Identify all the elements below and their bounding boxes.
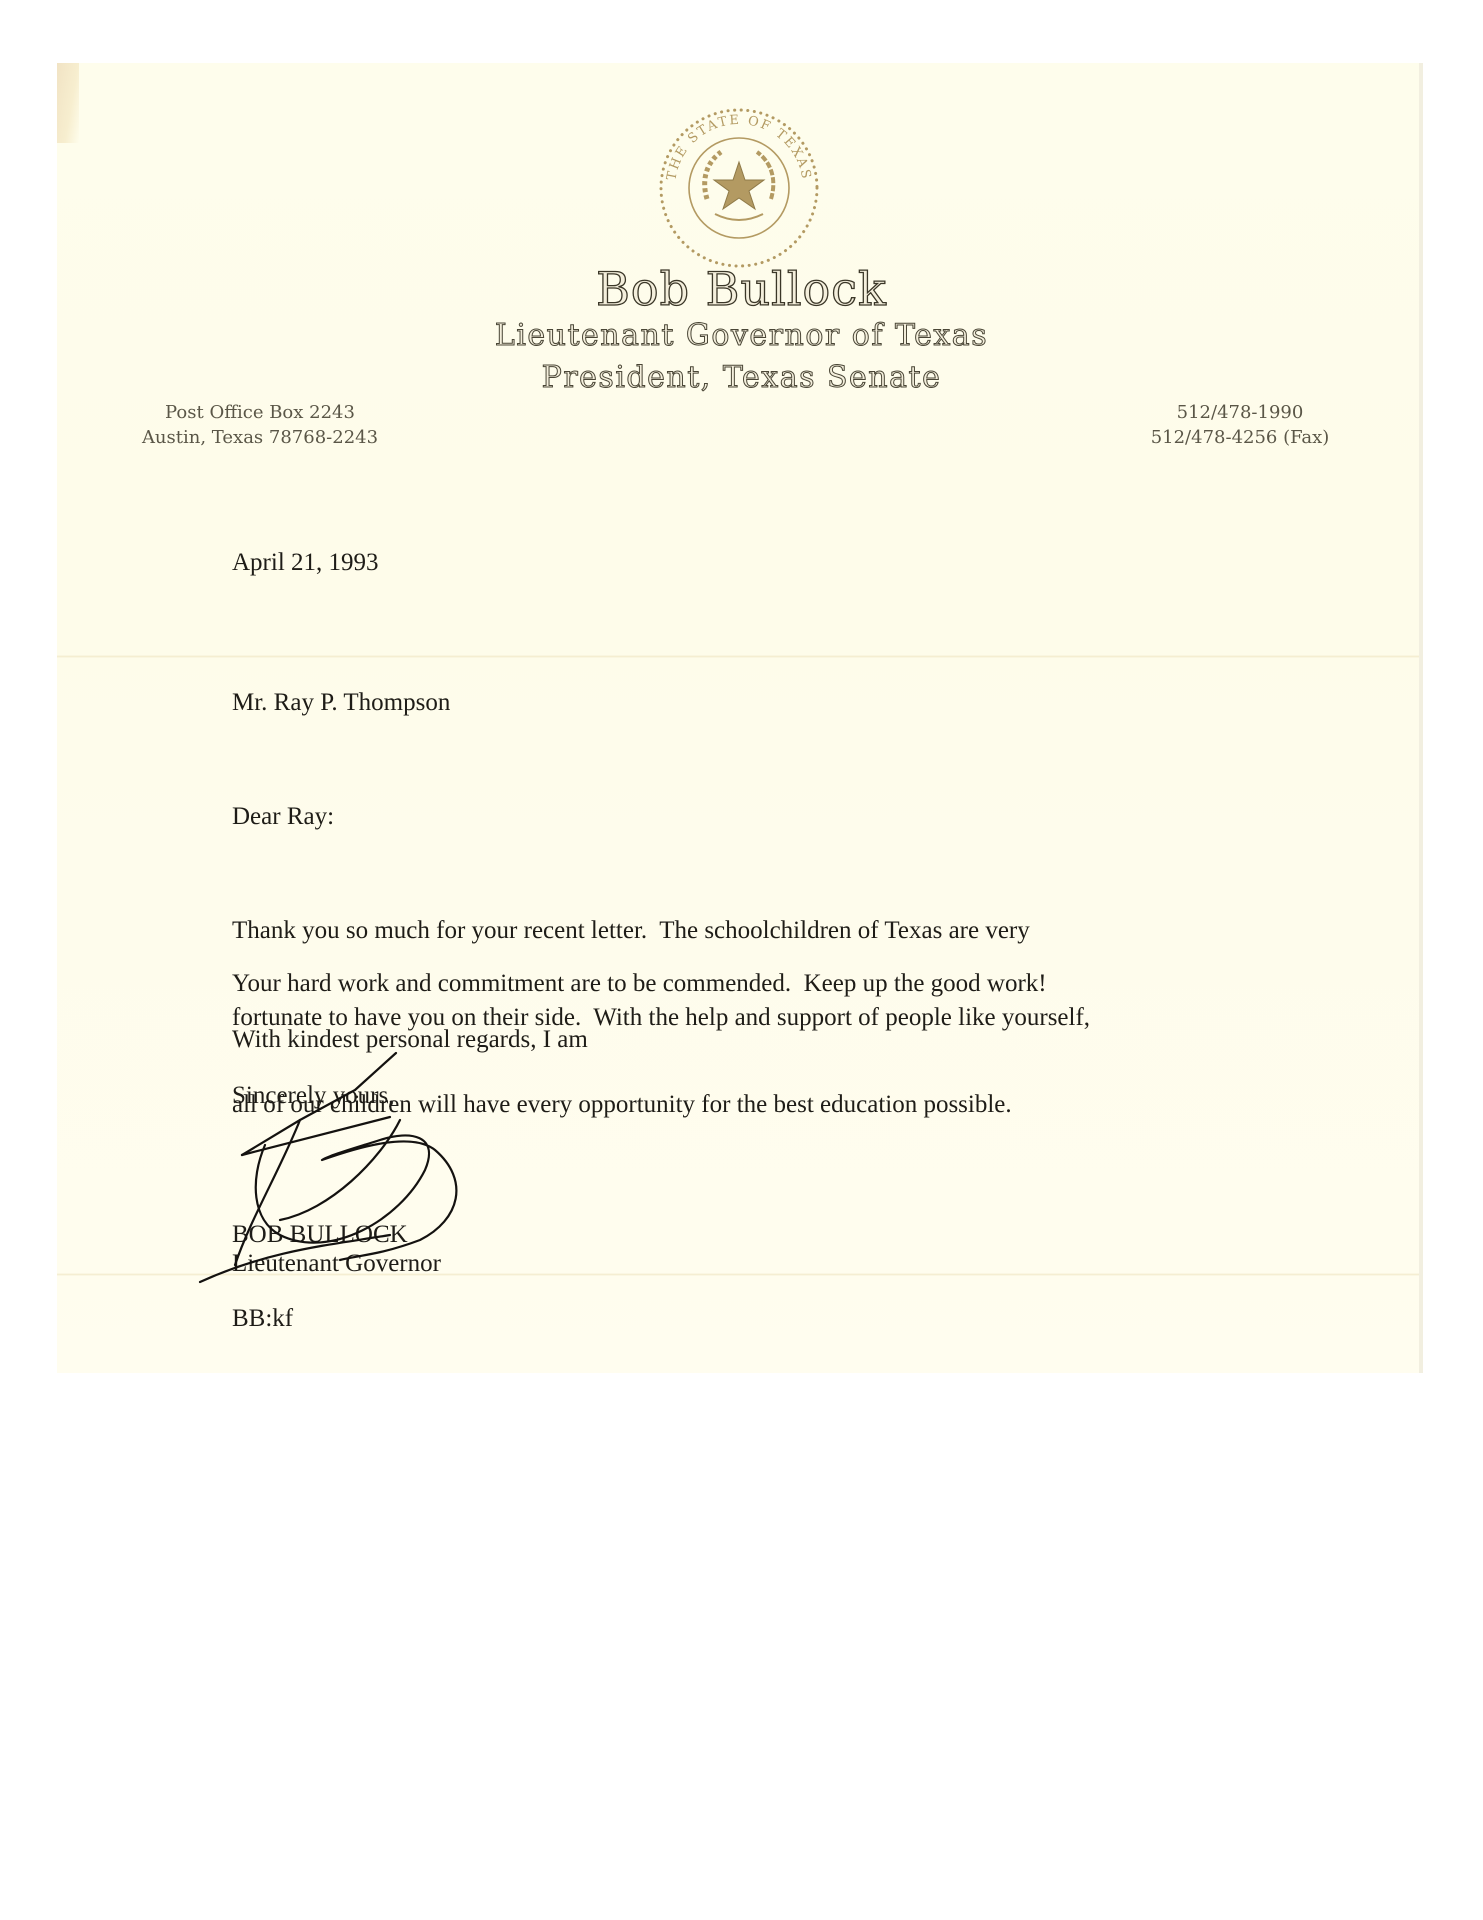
signer-title: Lieutenant Governor bbox=[232, 1249, 441, 1278]
address-line: Post Office Box 2243 bbox=[120, 400, 400, 425]
letterhead-name: Bob Bullock bbox=[0, 262, 1483, 316]
salutation: Dear Ray: bbox=[232, 802, 334, 831]
fax-number: 512/478-4256 (Fax) bbox=[1120, 425, 1360, 450]
paper-edge bbox=[1419, 63, 1423, 1373]
signer-name: BOB BULLOCK bbox=[232, 1220, 408, 1249]
letter-date: April 21, 1993 bbox=[232, 548, 379, 577]
letterhead-subtitle: President, Texas Senate bbox=[0, 360, 1483, 395]
address-line: Austin, Texas 78768-2243 bbox=[120, 425, 400, 450]
phone-number: 512/478-1990 bbox=[1120, 400, 1360, 425]
letterhead-phone-block: 512/478-1990 512/478-4256 (Fax) bbox=[1120, 400, 1360, 450]
closing-line: With kindest personal regards, I am bbox=[232, 1025, 588, 1054]
complimentary-close: Sincerely yours, bbox=[232, 1081, 394, 1110]
paragraph-line: Thank you so much for your recent letter… bbox=[232, 916, 1090, 945]
recipient-name: Mr. Ray P. Thompson bbox=[232, 688, 450, 717]
paper-fold-corner bbox=[57, 63, 79, 143]
letterhead-address: Post Office Box 2243 Austin, Texas 78768… bbox=[120, 400, 400, 450]
body-paragraph-2: Your hard work and commitment are to be … bbox=[232, 969, 1047, 998]
texas-state-seal-icon: THE STATE OF TEXAS bbox=[655, 104, 823, 272]
letterhead-title: Lieutenant Governor of Texas bbox=[0, 318, 1483, 353]
paper-crease bbox=[57, 655, 1423, 658]
typist-initials: BB:kf bbox=[232, 1304, 293, 1333]
